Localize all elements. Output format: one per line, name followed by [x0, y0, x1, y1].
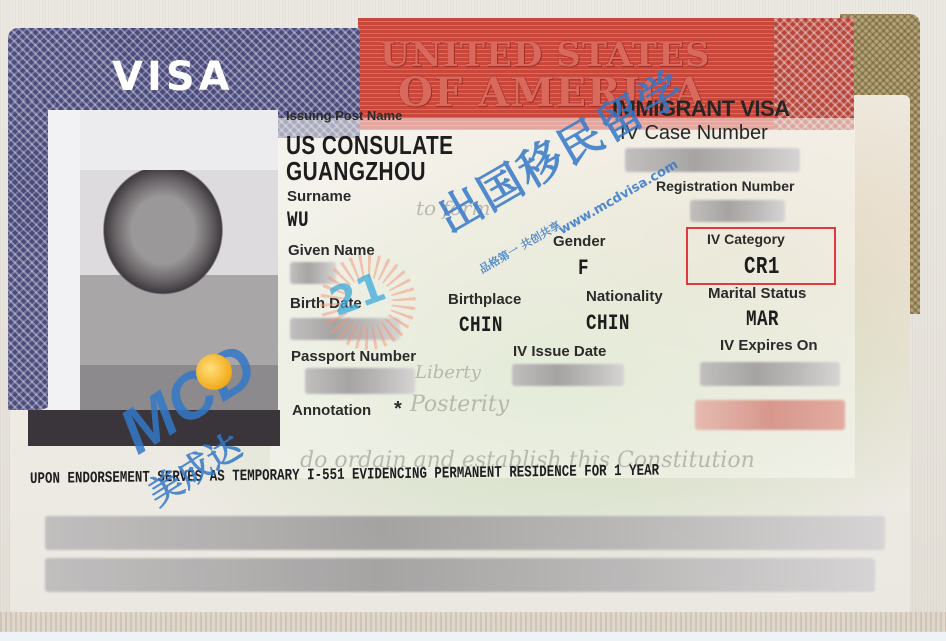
iv-issue-date-redacted	[512, 364, 624, 386]
surname-label: Surname	[287, 188, 351, 205]
registration-number-redacted	[690, 200, 785, 222]
bg-script-posterity: Posterity	[410, 392, 509, 417]
marital-status-label: Marital Status	[708, 285, 806, 302]
iv-expires-redacted	[700, 362, 840, 386]
issuing-post-line2: GUANGZHOU	[286, 156, 426, 187]
stamp-redacted	[695, 400, 845, 430]
nationality-label: Nationality	[586, 288, 663, 305]
annotation-value: *	[394, 398, 402, 421]
gender-label: Gender	[553, 233, 606, 250]
mrz-line-1-redacted	[45, 516, 885, 550]
passport-number-redacted	[305, 368, 415, 394]
registration-number-label: Registration Number	[656, 178, 794, 194]
watermark-star-icon	[196, 354, 232, 390]
page-bottom-edge	[0, 612, 946, 632]
iv-case-number-redacted	[625, 148, 800, 172]
bg-script-liberty: Liberty	[415, 362, 481, 383]
iv-category-label: IV Category	[707, 231, 785, 247]
surname-value: WU	[287, 208, 309, 233]
annotation-label: Annotation	[292, 402, 371, 419]
birthplace-value: CHIN	[459, 313, 503, 338]
iv-expires-label: IV Expires On	[720, 337, 818, 354]
birthplace-label: Birthplace	[448, 291, 521, 308]
iv-issue-date-label: IV Issue Date	[513, 343, 606, 360]
issuing-post-label: Issuing Post Name	[286, 108, 402, 123]
marital-status-value: MAR	[746, 307, 779, 332]
gender-value: F	[578, 256, 589, 281]
iv-category-value: CR1	[744, 254, 780, 281]
mrz-line-2-redacted	[45, 558, 875, 592]
nationality-value: CHIN	[586, 311, 630, 336]
visa-heading: VISA	[112, 54, 234, 100]
